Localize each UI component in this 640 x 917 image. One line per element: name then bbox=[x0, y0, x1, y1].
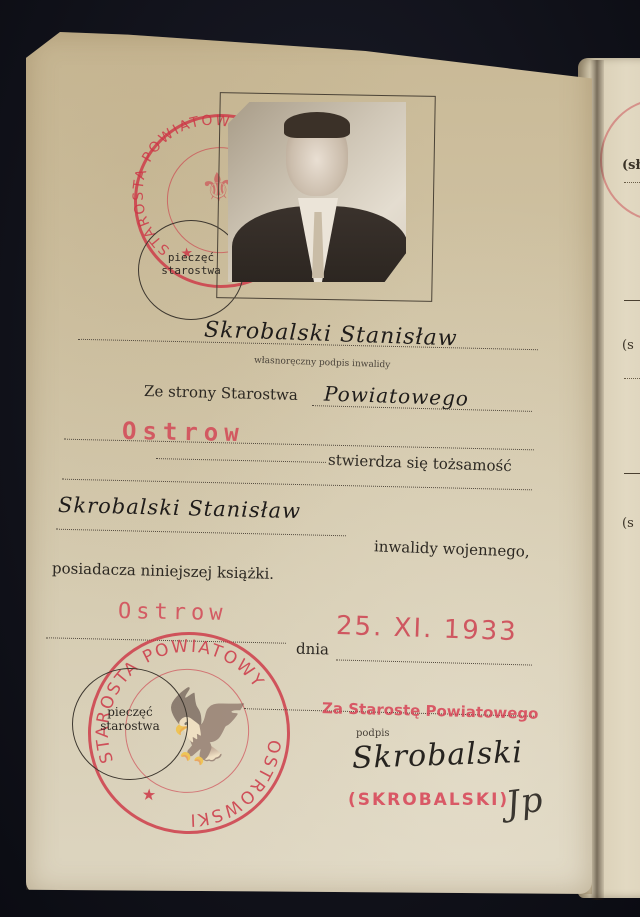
podpis-label: podpis bbox=[356, 728, 390, 739]
seal-label-line1: pieczęć bbox=[73, 705, 187, 719]
facing-page-fragment: (s bbox=[622, 338, 634, 353]
seal-label-line2: starostwa bbox=[73, 719, 187, 733]
rule-line bbox=[624, 473, 640, 474]
dotted-line bbox=[156, 458, 326, 463]
war-invalid-text: inwalidy wojennego, bbox=[374, 537, 530, 560]
dotted-line bbox=[624, 378, 640, 379]
dnia-label: dnia bbox=[296, 640, 329, 659]
seal-placeholder-lower: pieczęć starostwa bbox=[72, 668, 188, 780]
starostwo-handwritten: Powiatowego bbox=[324, 381, 470, 410]
portrait-photo bbox=[228, 102, 406, 282]
book-spine-shadow bbox=[590, 60, 604, 900]
photo-scene: (sł (s (s STAROSTA POWIATOWY ★ VS ⚜ bbox=[0, 0, 640, 917]
facing-page-fragment: (s bbox=[622, 516, 634, 531]
holder-text: posiadacza niniejszej książki. bbox=[52, 559, 274, 583]
dotted-line bbox=[56, 529, 346, 537]
rule-line bbox=[624, 300, 640, 301]
official-stamp-text: Za Starostę Powiatowego bbox=[322, 699, 539, 723]
document-page: STAROSTA POWIATOWY ★ VS ⚜ pieczęć staros… bbox=[26, 32, 592, 894]
dotted-line bbox=[336, 659, 532, 665]
invalid-name-handwritten: Skrobalski Stanisław bbox=[58, 493, 302, 523]
dotted-line bbox=[624, 182, 640, 183]
ostrow-stamp-2: Ostrow bbox=[118, 599, 228, 626]
official-initials: Jp bbox=[503, 780, 546, 825]
identity-confirmation-text: stwierdza się tożsamość bbox=[328, 451, 512, 475]
facing-page-fragment: (sł bbox=[622, 158, 640, 173]
dotted-line bbox=[62, 479, 532, 491]
starostwa-label: Ze strony Starostwa bbox=[144, 382, 298, 404]
holder-signature: Skrobalski Stanisław bbox=[204, 318, 458, 352]
date-stamp: 25. XI. 1933 bbox=[336, 611, 519, 647]
star-icon: ★ bbox=[141, 785, 156, 805]
official-name-stamp: (SKROBALSKI) bbox=[348, 790, 509, 810]
official-signature: Skrobalski bbox=[351, 735, 523, 776]
signature-caption: własnoręczny podpis inwalidy bbox=[254, 356, 391, 371]
